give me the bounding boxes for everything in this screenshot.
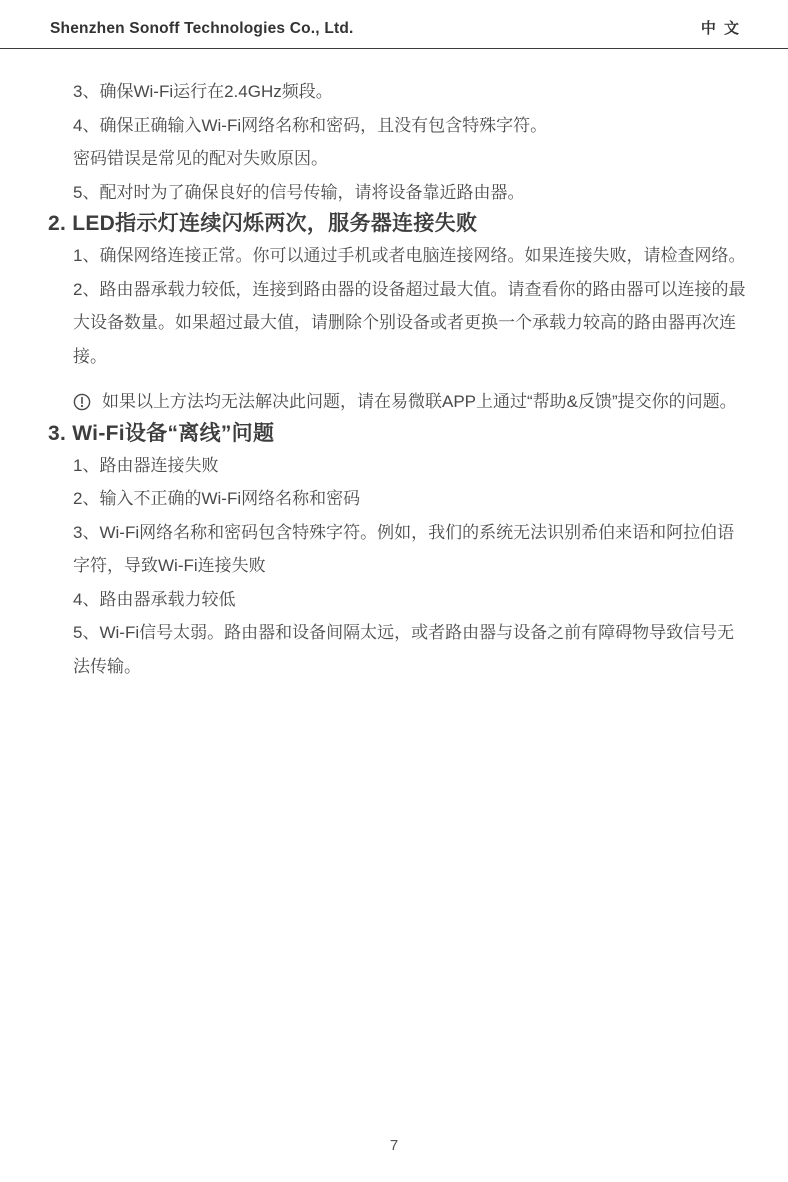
list-item: 1、确保网络连接正常。你可以通过手机或者电脑连接网络。如果连接失败，请检查网络。 (73, 239, 746, 273)
section-2-heading: 2. LED指示灯连续闪烁两次，服务器连接失败 (0, 209, 788, 239)
pairing-tips-list: 3、确保Wi-Fi运行在2.4GHz频段。 4、确保正确输入Wi-Fi网络名称和… (0, 75, 788, 209)
page-header: Shenzhen Sonoff Technologies Co., Ltd. 中… (0, 0, 788, 48)
note-text: 如果以上方法均无法解决此问题，请在易微联APP上通过“帮助&反馈”提交你的问题。 (102, 385, 737, 419)
page-number: 7 (390, 1137, 398, 1154)
list-item: 3、确保Wi-Fi运行在2.4GHz频段。 (73, 75, 746, 109)
document-page: Shenzhen Sonoff Technologies Co., Ltd. 中… (0, 0, 788, 1182)
section-2-list: 1、确保网络连接正常。你可以通过手机或者电脑连接网络。如果连接失败，请检查网络。… (0, 239, 788, 373)
list-item: 2、输入不正确的Wi-Fi网络名称和密码 (73, 482, 746, 516)
page-content: 3、确保Wi-Fi运行在2.4GHz频段。 4、确保正确输入Wi-Fi网络名称和… (0, 49, 788, 683)
list-item: 3、Wi-Fi网络名称和密码包含特殊字符。例如，我们的系统无法识别希伯来语和阿拉… (73, 516, 746, 583)
list-item: 5、Wi-Fi信号太弱。路由器和设备间隔太远，或者路由器与设备之前有障碍物导致信… (73, 616, 746, 683)
list-item: 4、确保正确输入Wi-Fi网络名称和密码，且没有包含特殊字符。 (73, 109, 746, 143)
company-name: Shenzhen Sonoff Technologies Co., Ltd. (50, 20, 354, 38)
note: 如果以上方法均无法解决此问题，请在易微联APP上通过“帮助&反馈”提交你的问题。 (73, 385, 746, 419)
list-item: 5、配对时为了确保良好的信号传输，请将设备靠近路由器。 (73, 176, 746, 210)
list-item: 1、路由器连接失败 (73, 449, 746, 483)
page-footer: 7 (0, 1137, 788, 1155)
section-3-list: 1、路由器连接失败 2、输入不正确的Wi-Fi网络名称和密码 3、Wi-Fi网络… (0, 449, 788, 684)
section-3-heading: 3. Wi-Fi设备“离线”问题 (0, 419, 788, 449)
list-item: 2、路由器承载力较低，连接到路由器的设备超过最大值。请查看你的路由器可以连接的最… (73, 273, 746, 374)
list-item: 4、路由器承载力较低 (73, 583, 746, 617)
list-item: 密码错误是常见的配对失败原因。 (73, 142, 746, 176)
language-label: 中 文 (701, 17, 741, 38)
alert-circle-icon (73, 393, 91, 411)
